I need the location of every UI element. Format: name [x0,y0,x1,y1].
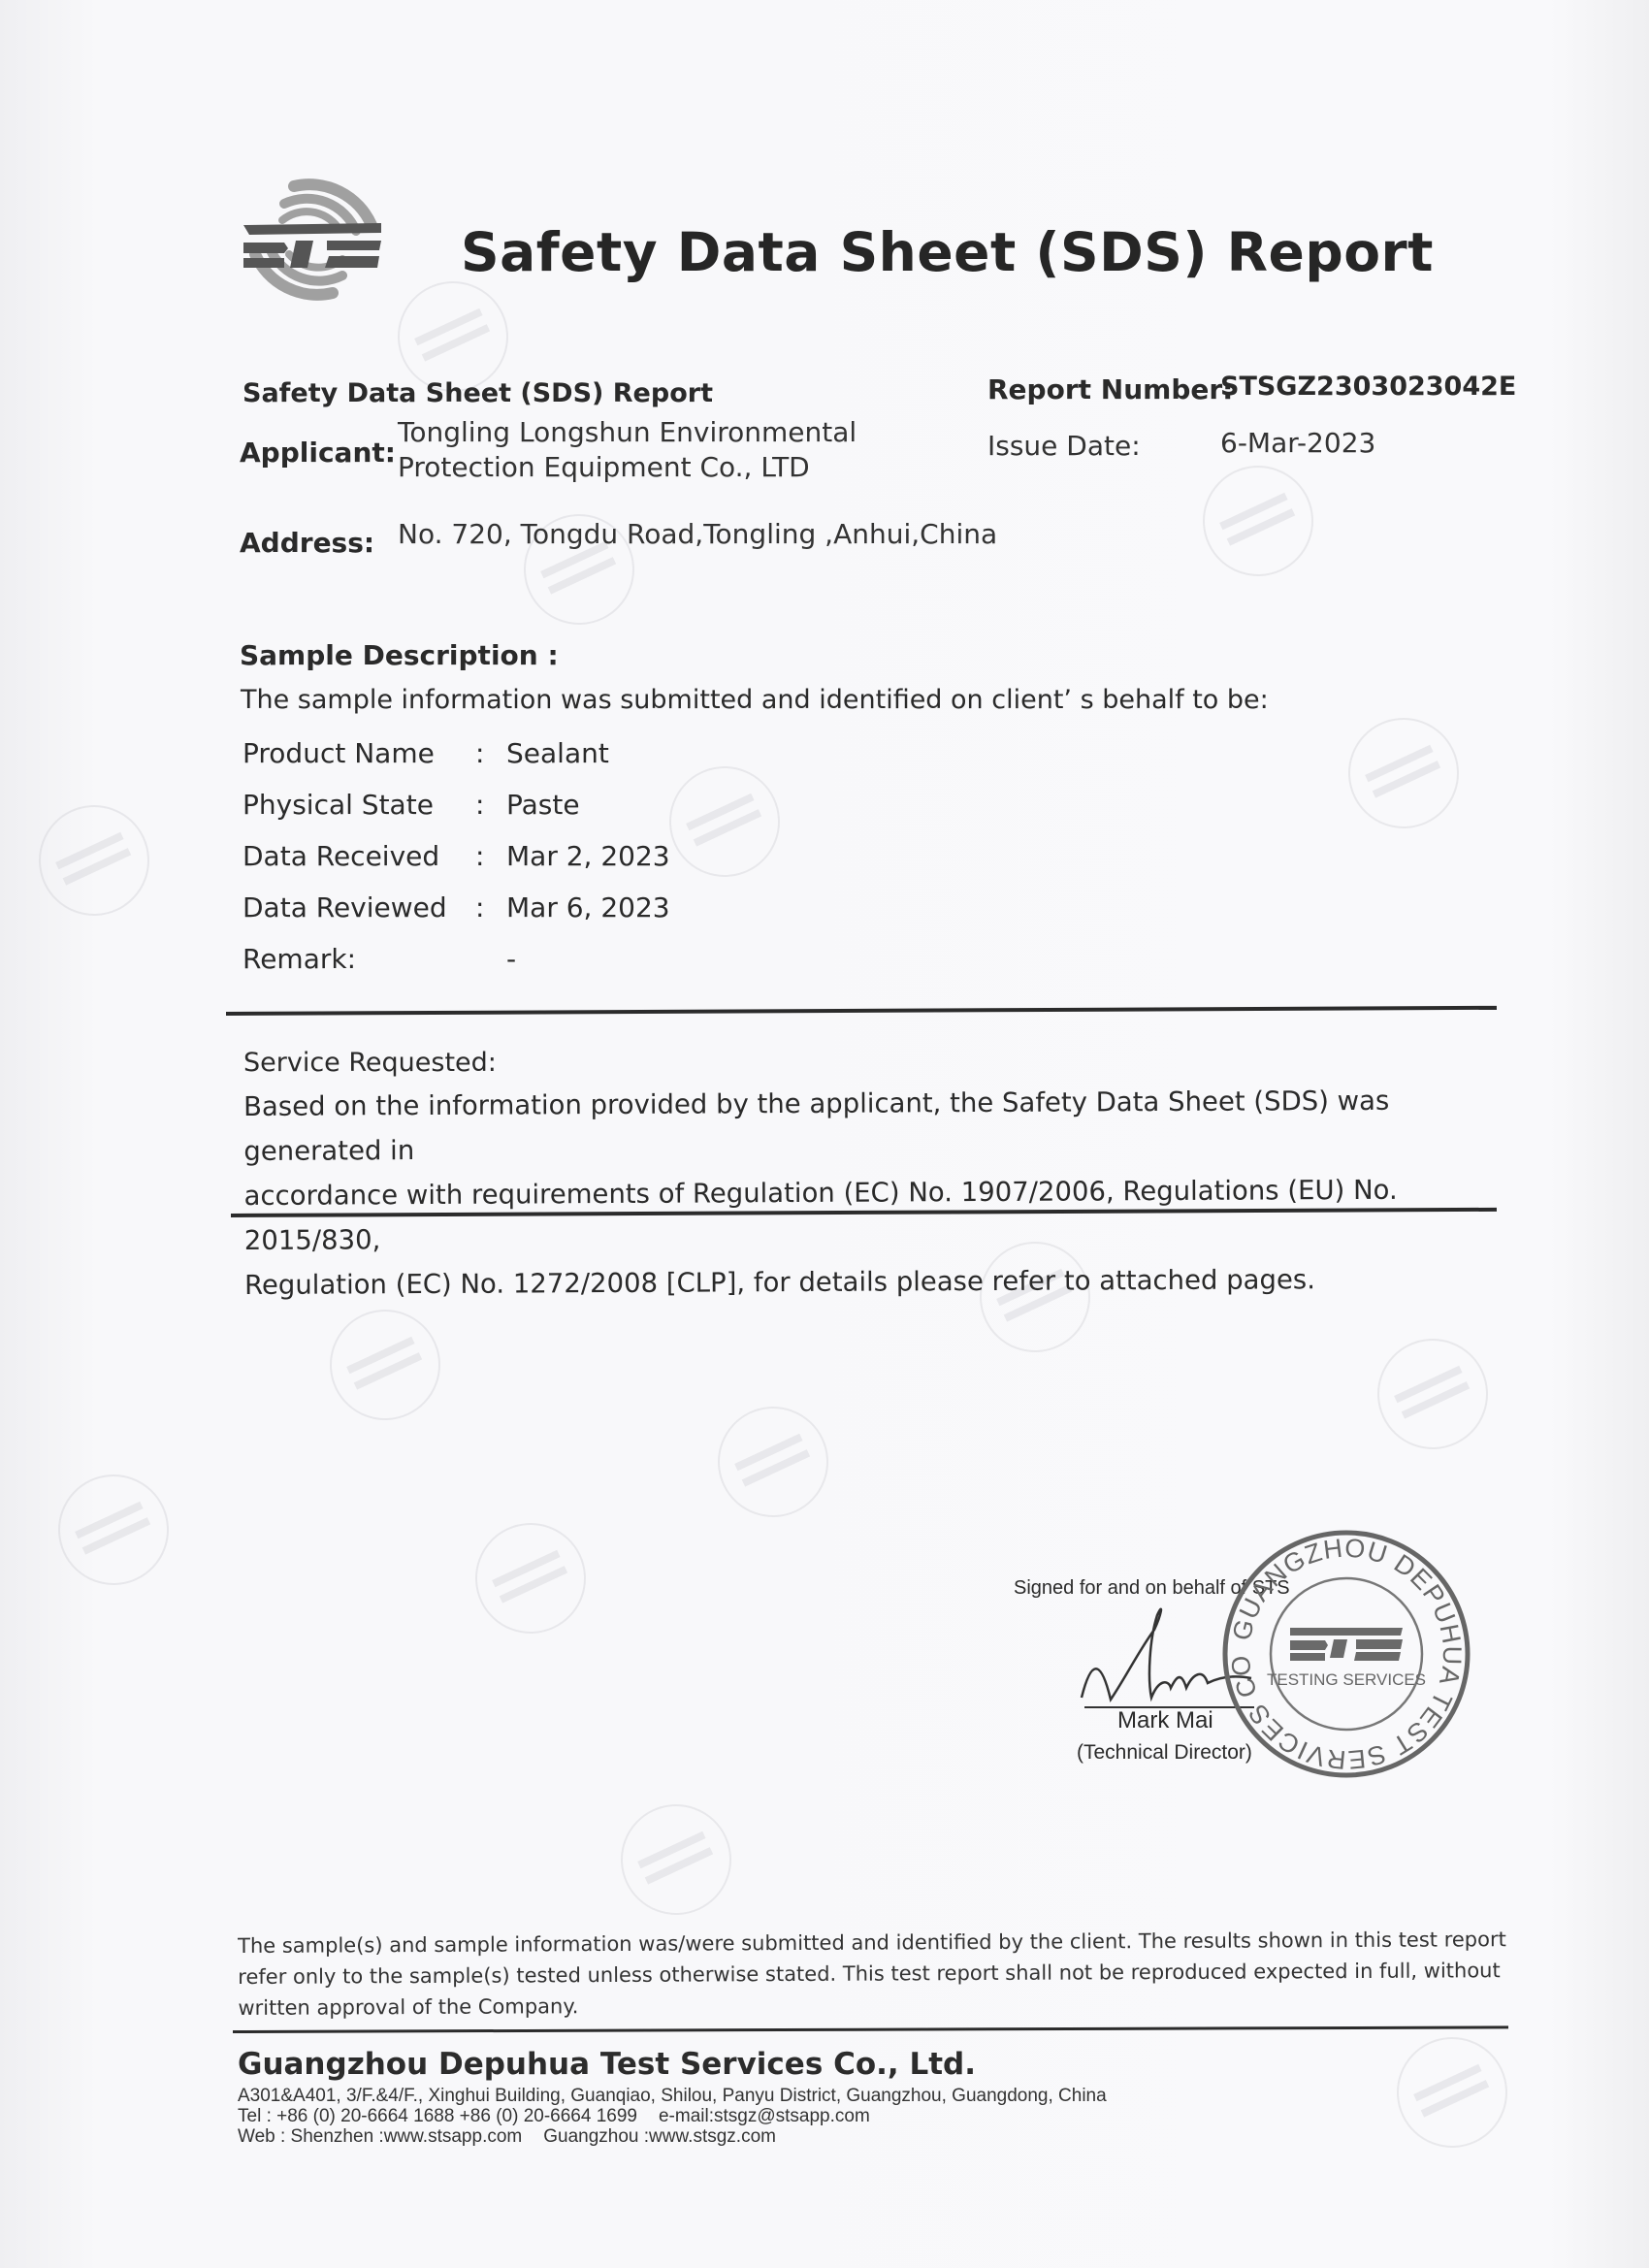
row-separator: : [475,891,506,923]
company-web: Web : Shenzhen :www.stsapp.comGuangzhou … [238,2126,1107,2147]
watermark-icon [1359,1320,1505,1467]
watermark-icon [20,787,167,933]
divider [233,2025,1508,2033]
row-value: Mar 6, 2023 [506,891,670,923]
disclaimer-text: The sample(s) and sample information was… [238,1924,1528,2024]
web-shenzhen[interactable]: Web : Shenzhen :www.stsapp.com [238,2126,522,2147]
watermark-icon [1330,699,1476,846]
stamp-inner-text: TESTING SERVICES [1267,1670,1426,1689]
row-value: - [506,943,516,975]
applicant-line-1: Tongling Longshun Environmental [398,415,857,450]
service-line-1: Based on the information provided by the… [243,1078,1504,1174]
row-label: Physical State [242,789,475,821]
company-name: Guangzhou Depuhua Test Services Co., Ltd… [238,2047,976,2082]
company-stamp-icon: GUANGZHOU DEPUHUA TEST SERVICES CO.,LTD … [1220,1528,1472,1780]
sample-row-remark: Remark:- [242,943,516,975]
document-page: Safety Data Sheet (SDS) Report Safety Da… [0,0,1649,2268]
row-label: Product Name [242,737,475,769]
sample-row-data-reviewed: Data Reviewed:Mar 6, 2023 [242,891,670,923]
row-separator: : [475,789,506,821]
watermark-icon [651,748,797,894]
row-separator: : [475,737,506,769]
watermark-icon [1378,2019,1525,2165]
company-email[interactable]: e-mail:stsgz@stsapp.com [659,2106,870,2126]
service-requested-title: Service Requested: [243,1048,497,1078]
watermark-icon [457,1505,603,1651]
divider [226,1006,1497,1016]
watermark-icon [311,1291,458,1438]
sample-row-data-received: Data Received:Mar 2, 2023 [242,840,670,872]
issue-date-value: 6-Mar-2023 [1220,427,1375,459]
issue-date-label: Issue Date: [987,430,1141,462]
sts-logo-icon [236,167,391,312]
row-label: Data Reviewed [242,891,475,923]
sample-row-physical-state: Physical State:Paste [242,789,580,821]
company-contact: A301&A401, 3/F.&4/F., Xinghui Building, … [238,2086,1107,2147]
applicant-label: Applicant: [240,437,396,469]
watermark-icon [699,1388,846,1535]
watermark-icon [40,1456,186,1603]
row-value: Mar 2, 2023 [506,840,670,872]
row-label: Remark: [242,943,475,975]
web-guangzhou[interactable]: Guangzhou :www.stsgz.com [543,2126,776,2147]
applicant-value: Tongling Longshun Environmental Protecti… [398,415,857,485]
company-address: A301&A401, 3/F.&4/F., Xinghui Building, … [238,2086,1107,2106]
sample-description-intro: The sample information was submitted and… [241,685,1269,715]
report-number-label: Report Number: [987,373,1233,405]
watermark-icon [1184,447,1331,594]
row-value: Paste [506,789,580,821]
row-label: Data Received [242,840,475,872]
signer-name: Mark Mai [1117,1707,1213,1734]
sample-description-title: Sample Description : [240,639,559,671]
service-line-3: Regulation (EC) No. 1272/2008 [CLP], for… [244,1256,1505,1308]
company-phone-email: Tel : +86 (0) 20-6664 1688 +86 (0) 20-66… [238,2106,1107,2126]
watermark-icon [602,1786,749,1932]
company-tel: Tel : +86 (0) 20-6664 1688 +86 (0) 20-66… [238,2106,637,2126]
disclaimer-line-3: written approval of the Company. [238,1986,1528,2024]
report-number-value: STSGZ2303023042E [1220,372,1516,402]
report-subtitle: Safety Data Sheet (SDS) Report [242,378,713,408]
row-separator: : [475,840,506,872]
sample-row-product-name: Product Name:Sealant [242,737,609,769]
address-label: Address: [240,527,374,559]
row-value: Sealant [506,737,609,769]
address-value: No. 720, Tongdu Road,Tongling ,Anhui,Chi… [398,518,997,550]
applicant-line-2: Protection Equipment Co., LTD [398,450,857,485]
service-requested-text: Based on the information provided by the… [243,1078,1505,1308]
page-title: Safety Data Sheet (SDS) Report [461,221,1434,283]
